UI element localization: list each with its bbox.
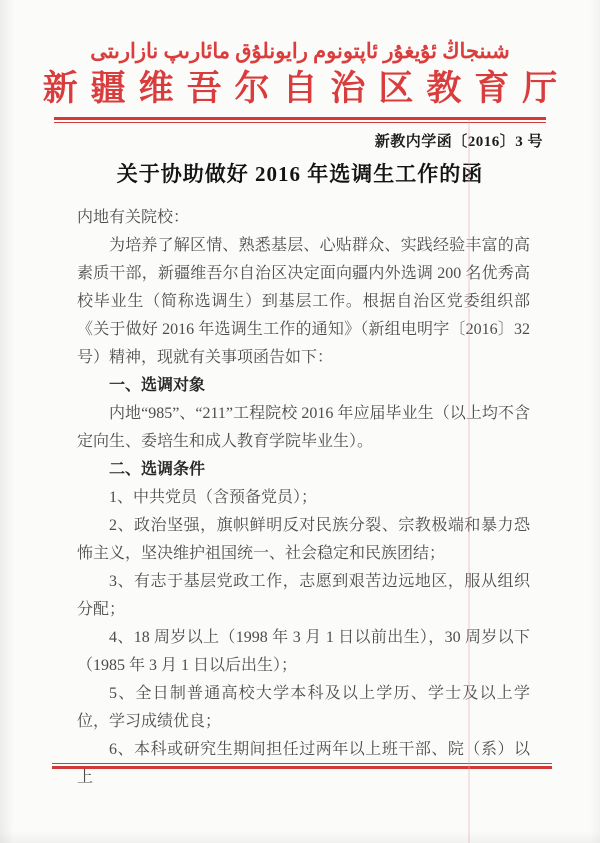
- letterhead: شىنجاڭ ئۇيغۇر ئاپتونوم رايونلۇق مائارىپ …: [0, 0, 600, 110]
- condition-item-3: 3、有志于基层党政工作，志愿到艰苦边远地区，服从组织分配；: [77, 568, 530, 624]
- paragraph-targets: 内地“985”、“211”工程院校 2016 年应届毕业生（以上均不含定向生、委…: [77, 400, 530, 456]
- document-page: شىنجاڭ ئۇيغۇر ئاپتونوم رايونلۇق مائارىپ …: [0, 0, 600, 843]
- document-body: 内地有关院校： 为培养了解区情、熟悉基层、心贴群众、实践经验丰富的高素质干部，新…: [77, 204, 530, 792]
- paragraph-intro: 为培养了解区情、熟悉基层、心贴群众、实践经验丰富的高素质干部，新疆维吾尔自治区决…: [77, 232, 530, 372]
- section-heading-conditions: 二、选调条件: [77, 456, 530, 484]
- document-title: 关于协助做好 2016 年选调生工作的函: [0, 158, 600, 188]
- org-name-uyghur: شىنجاڭ ئۇيغۇر ئاپتونوم رايونلۇق مائارىپ …: [0, 36, 600, 66]
- section-heading-targets: 一、选调对象: [77, 372, 530, 400]
- document-number: 新教内学函〔2016〕3 号: [0, 130, 543, 151]
- condition-item-4: 4、18 周岁以上（1998 年 3 月 1 日以前出生），30 周岁以下（19…: [77, 624, 530, 680]
- condition-item-2: 2、政治坚强，旗帜鲜明反对民族分裂、宗教极端和暴力恐怖主义，坚决维护祖国统一、社…: [77, 512, 530, 568]
- letterhead-divider: [54, 117, 546, 123]
- condition-item-1: 1、中共党员（含预备党员）；: [77, 484, 530, 512]
- salutation: 内地有关院校：: [77, 204, 530, 232]
- condition-item-5: 5、全日制普通高校大学本科及以上学历、学士及以上学位，学习成绩优良；: [77, 680, 530, 736]
- org-name-chinese: 新疆维吾尔自治区教育厅: [0, 69, 600, 109]
- footer-divider: [52, 763, 552, 769]
